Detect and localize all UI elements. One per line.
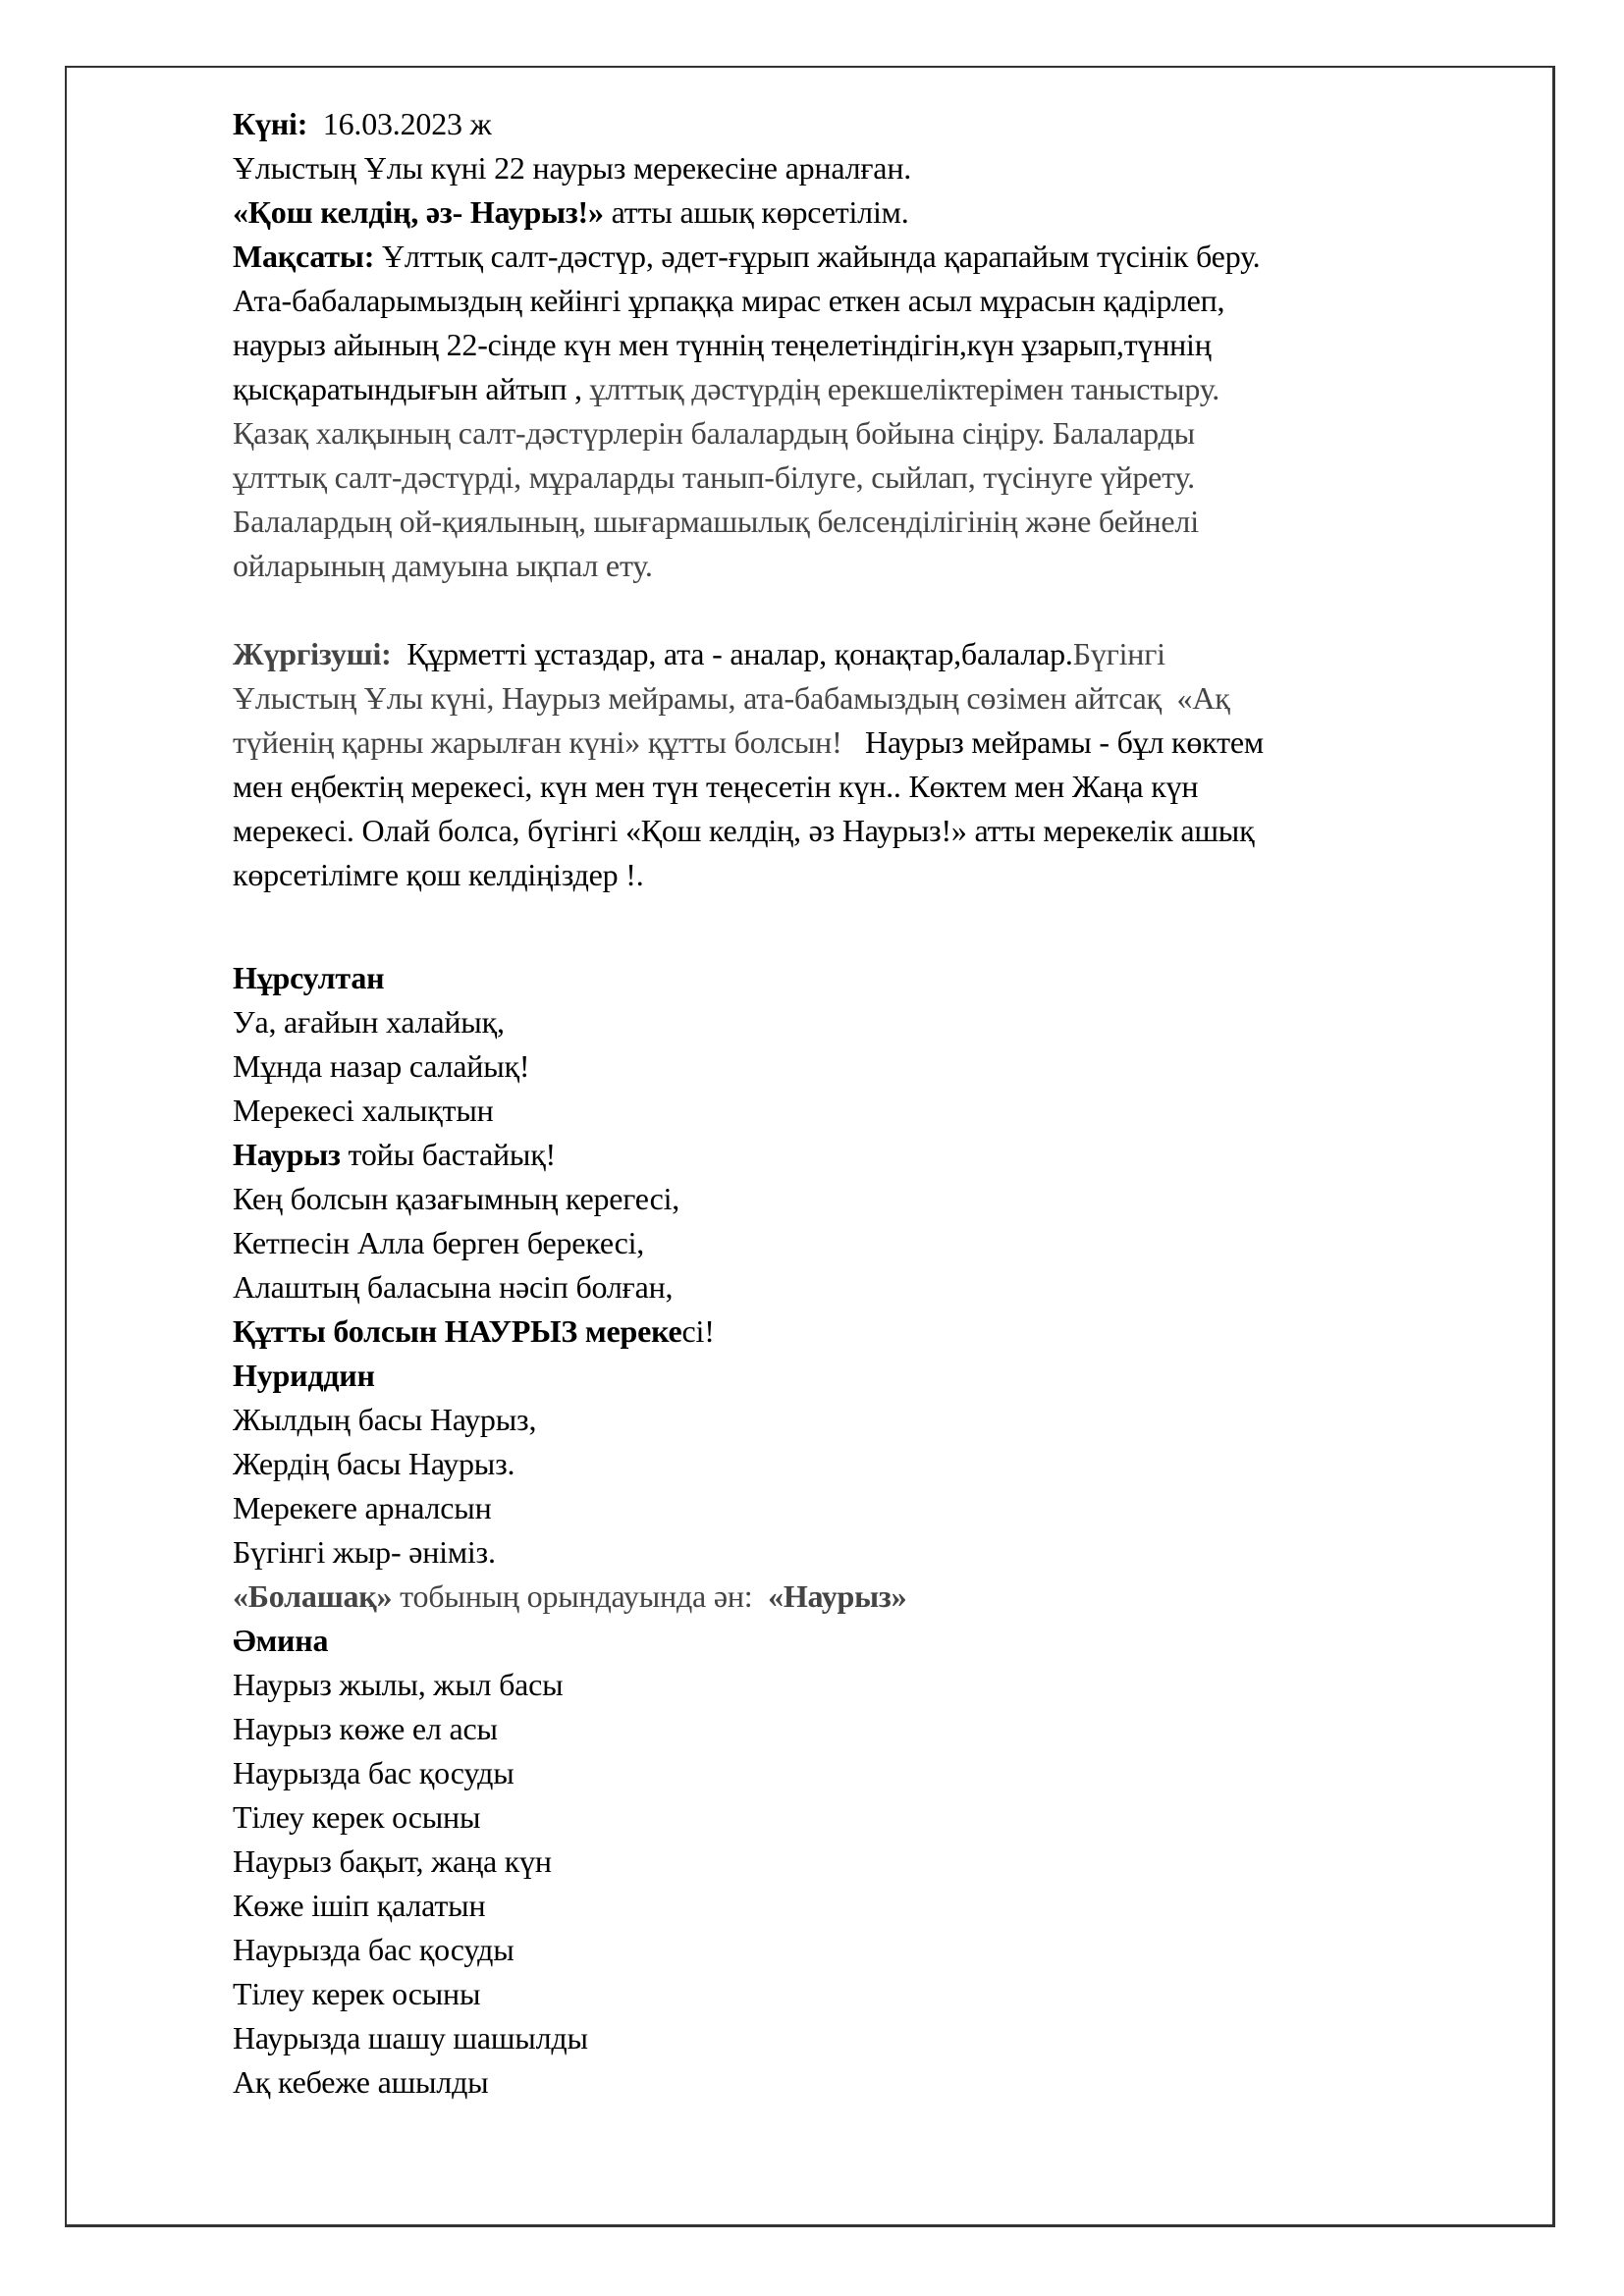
verse-line: Мұнда назар салайық! xyxy=(233,1044,1529,1089)
goal-line-4: қысқаратындығын айтып , ұлттық дәстүрдің… xyxy=(233,367,1529,411)
verse-line: Тілеу керек осыны xyxy=(233,1795,1529,1840)
verse-line: Кең болсын қазағымның керегесі, xyxy=(233,1177,1529,1221)
host-line-1: Жүргізуші: Құрметті ұстаздар, ата - анал… xyxy=(233,632,1529,676)
verse-line: Наурыз тойы бастайық! xyxy=(233,1133,1529,1177)
speaker-nuriddin: Нуриддин xyxy=(233,1354,1529,1398)
song-middle: тобының орындауында ән: xyxy=(392,1578,768,1614)
goal-line-2: Ата-бабаларымыздың кейінгі ұрпаққа мирас… xyxy=(233,279,1529,323)
verse-line: Құтты болсын НАУРЫЗ мерекесі! xyxy=(233,1309,1529,1354)
verse-line: Тілеу керек осыны xyxy=(233,1972,1529,2016)
host-label: Жүргізуші: xyxy=(233,636,392,671)
host-line-3: түйенің қарны жарылған күні» құтты болсы… xyxy=(233,721,1529,765)
verse-line: Кетпесін Алла берген берекесі, xyxy=(233,1221,1529,1265)
verse-rest: тойы бастайық! xyxy=(341,1137,556,1172)
verse-line: Ақ кебеже ашылды xyxy=(233,2060,1529,2105)
dedication-line: Ұлыстың Ұлы күні 22 наурыз мерекесіне ар… xyxy=(233,146,1529,190)
goal-line-8: ойларының дамуына ықпал ету. xyxy=(233,544,1529,588)
goal-text-4a: қысқаратындығын айтып , xyxy=(233,371,590,406)
goal-line-3: наурыз айының 22-сінде күн мен түннің те… xyxy=(233,323,1529,367)
verse-line: Жердің басы Наурыз. xyxy=(233,1442,1529,1486)
spacer xyxy=(233,897,1529,956)
song-title: «Наурыз» xyxy=(768,1578,906,1614)
host-line-2: Ұлыстың Ұлы күні, Наурыз мейрамы, ата-ба… xyxy=(233,676,1529,721)
verse-line: Көже ішіп қалатын xyxy=(233,1884,1529,1928)
verse-bold: Құтты болсын НАУРЫЗ мереке xyxy=(233,1313,682,1349)
verse-line: Уа, ағайын халайық, xyxy=(233,1000,1529,1044)
verse-line: Наурыз бақыт, жаңа күн xyxy=(233,1840,1529,1884)
host-line-5: мерекесі. Олай болса, бүгінгі «Қош келді… xyxy=(233,809,1529,853)
verse-line: Жылдың басы Наурыз, xyxy=(233,1398,1529,1442)
host-line-4: мен еңбектің мерекесі, күн мен түн теңес… xyxy=(233,765,1529,809)
speaker-amina: Әмина xyxy=(233,1619,1529,1663)
goal-text-4b: ұлттық дәстүрдің ерекшеліктерімен таныст… xyxy=(590,371,1219,406)
goal-line-1: Мақсаты: Ұлттық салт-дәстүр, әдет-ғұрып … xyxy=(233,235,1529,279)
goal-text-1: Ұлттық салт-дәстүр, әдет-ғұрып жайында қ… xyxy=(374,239,1260,274)
event-title: «Қош келдің, әз- Наурыз!» xyxy=(233,194,604,230)
document-body: Күні: 16.03.2023 ж Ұлыстың Ұлы күні 22 н… xyxy=(233,102,1529,2105)
verse-line: Наурызда бас қосуды xyxy=(233,1751,1529,1795)
verse-line: Мерекесі халықтын xyxy=(233,1089,1529,1133)
verse-line: Наурызда шашу шашылды xyxy=(233,2016,1529,2060)
speaker-nursultan: Нұрсултан xyxy=(233,956,1529,1000)
goal-line-7: Балалардың ой-қиялының, шығармашылық бел… xyxy=(233,500,1529,544)
host-line-6: көрсетілімге қош келдіңіздер !. xyxy=(233,853,1529,897)
host-text-1a: Құрметті ұстаздар, ата - аналар, қонақта… xyxy=(392,636,1073,671)
verse-bold: Наурыз xyxy=(233,1137,341,1172)
verse-line: Наурызда бас қосуды xyxy=(233,1928,1529,1972)
host-text-1b: Бүгінгі xyxy=(1073,636,1165,671)
date-line: Күні: 16.03.2023 ж xyxy=(233,102,1529,146)
event-title-line: «Қош келдің, әз- Наурыз!» атты ашық көрс… xyxy=(233,190,1529,235)
verse-line: Наурыз жылы, жыл басы xyxy=(233,1663,1529,1707)
verse-line: Наурыз көже ел асы xyxy=(233,1707,1529,1751)
host-text-3b: Наурыз мейрамы - бұл көктем xyxy=(842,724,1264,760)
goal-line-6: ұлттық салт-дәстүрді, мұраларды танып-бі… xyxy=(233,455,1529,500)
verse-line: Бүгінгі жыр- әніміз. xyxy=(233,1530,1529,1575)
song-announcement: «Болашақ» тобының орындауында ән: «Науры… xyxy=(233,1575,1529,1619)
verse-line: Алаштың баласына нәсіп болған, xyxy=(233,1265,1529,1309)
goal-line-5: Қазақ халқының салт-дәстүрлерін балалард… xyxy=(233,411,1529,455)
verse-line: Мерекеге арналсын xyxy=(233,1486,1529,1530)
date-label: Күні: xyxy=(233,106,307,141)
group-name: «Болашақ» xyxy=(233,1578,392,1614)
verse-rest: сі! xyxy=(682,1313,715,1349)
event-title-suffix: атты ашық көрсетілім. xyxy=(604,194,909,230)
date-value: 16.03.2023 ж xyxy=(307,106,491,141)
host-text-3a: түйенің қарны жарылған күні» құтты болсы… xyxy=(233,724,842,760)
spacer xyxy=(233,588,1529,632)
goal-label: Мақсаты: xyxy=(233,239,374,274)
